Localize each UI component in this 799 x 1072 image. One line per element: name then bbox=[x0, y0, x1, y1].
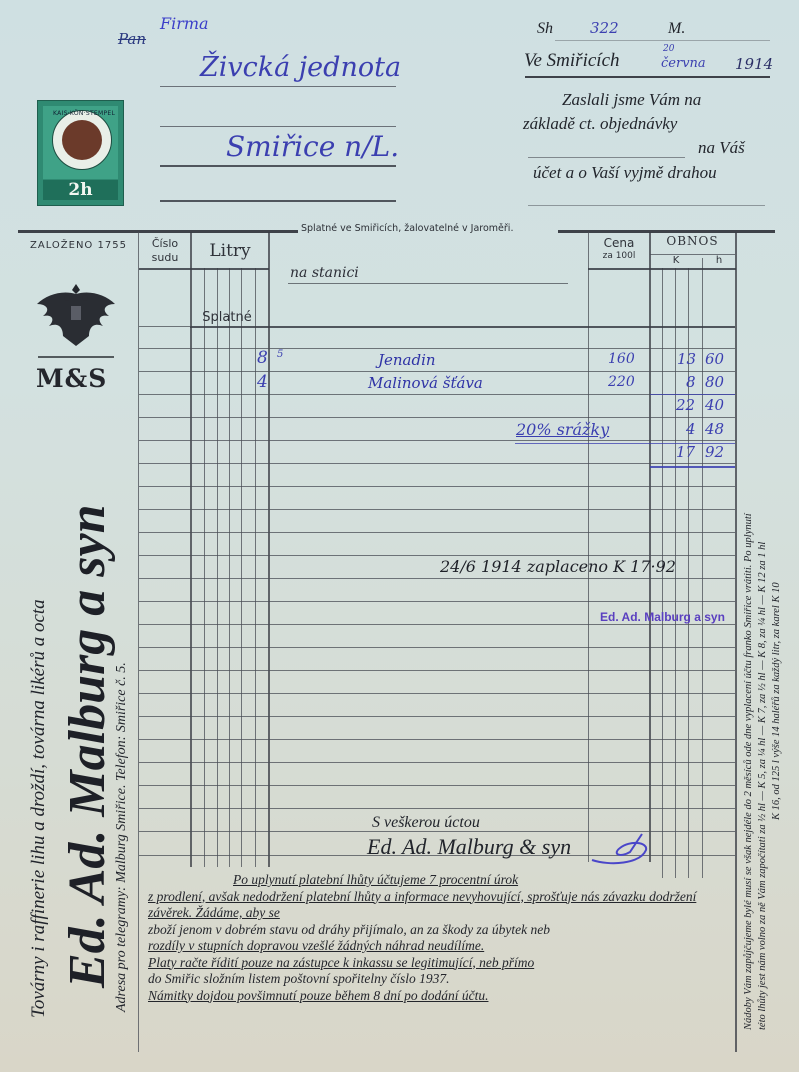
stamp-medallion: KAIS·KÖN·STEMPEL bbox=[52, 110, 112, 170]
side-note-3: K 16, od 125 l výše 14 haléřů za každý l… bbox=[771, 582, 782, 820]
letterhead-company: Ed. Ad. Malburg a syn bbox=[58, 504, 117, 988]
litry-sub-5 bbox=[255, 268, 256, 867]
payment-note: 24/6 1914 zaplaceno K 17·92 bbox=[440, 557, 676, 576]
header-amount: OBNOS bbox=[650, 234, 735, 248]
row2-k: 8 bbox=[686, 373, 696, 391]
header-price-1: Cena bbox=[589, 236, 649, 250]
footer-term-2: z prodlení, avšak nedodržení platební lh… bbox=[148, 889, 718, 922]
notice-line-3: na Váš bbox=[698, 138, 745, 158]
double-eagle-icon bbox=[33, 280, 119, 352]
stamp-value: 2h bbox=[38, 180, 123, 200]
notice-blank-line bbox=[528, 157, 685, 158]
notice-line-1: Zaslali jsme Vám na bbox=[562, 90, 701, 110]
notice-line-2: základě ct. objednávky bbox=[523, 114, 677, 134]
address-line-1 bbox=[160, 86, 396, 87]
litry-sub-4 bbox=[241, 268, 242, 867]
recipient-label-handwritten: Firma bbox=[160, 14, 209, 33]
payment-terms-banner: Splatné ve Smiřicích, žalovatelné v Jaro… bbox=[301, 223, 513, 234]
notice-line-4: účet a o Vaší vyjmě drahou bbox=[533, 163, 717, 183]
footer-term-7: Námitky dojdou povšimnutí pouze během 8 … bbox=[148, 988, 718, 1005]
portrait-icon bbox=[62, 120, 102, 160]
date-year: 1914 bbox=[735, 55, 773, 73]
table-top-rule-right bbox=[558, 230, 775, 233]
signature-scribble-icon bbox=[590, 830, 650, 870]
monogram-logo: M&S bbox=[36, 364, 107, 393]
header-payable: Splatné bbox=[192, 310, 262, 325]
footer-term-4: rozdíly v stupních dopravou vzešlé žádný… bbox=[148, 938, 718, 955]
address-line-3 bbox=[160, 165, 396, 167]
ref-line bbox=[555, 40, 770, 41]
row2-price: 220 bbox=[608, 374, 635, 390]
ref-number: 322 bbox=[590, 19, 619, 37]
litry-sub-1 bbox=[204, 268, 205, 867]
litry-sub-2 bbox=[217, 268, 218, 867]
subtotal-k: 22 bbox=[676, 396, 695, 414]
header-cask-no-1: Číslo bbox=[140, 237, 190, 250]
footer-term-1: Po uplynutí platební lhůty účtujeme 7 pr… bbox=[148, 872, 718, 889]
litry-sub-3 bbox=[229, 268, 230, 867]
subtotal-rule bbox=[650, 394, 735, 395]
header-price-2: za 100l bbox=[589, 251, 649, 261]
row1-k: 13 bbox=[677, 350, 696, 368]
header-liters: Litry bbox=[192, 241, 268, 261]
side-note-2: této lhůty jest nám volno za ně Vám zapo… bbox=[757, 542, 768, 1030]
total-h: 92 bbox=[705, 443, 724, 461]
founded-label: ZALOŽENO 1755 bbox=[30, 240, 127, 251]
total-double-rule bbox=[650, 466, 735, 468]
discount-h: 48 bbox=[705, 420, 724, 438]
payable-rule bbox=[190, 326, 735, 328]
row1-liters: 8 bbox=[257, 348, 268, 368]
delivery-note-line bbox=[288, 283, 568, 284]
row2-h: 80 bbox=[705, 373, 724, 391]
logo-rule bbox=[38, 356, 114, 358]
header-bottom-right bbox=[588, 268, 736, 270]
total-k: 17 bbox=[676, 443, 695, 461]
stamp-ring-text: KAIS·KÖN·STEMPEL bbox=[53, 110, 111, 117]
header-crowns: K bbox=[650, 255, 702, 266]
footer-term-5: Platy račte řídití pouze na zástupce k i… bbox=[148, 955, 718, 972]
header-heller: h bbox=[703, 255, 735, 266]
letterhead-address: Adresa pro telegramy: Malburg Smiřice. T… bbox=[114, 662, 130, 1012]
notice-bottom-line bbox=[528, 205, 765, 206]
row1-price: 160 bbox=[608, 351, 635, 367]
recipient-name: Živcká jednota bbox=[200, 52, 401, 83]
header-bottom-left bbox=[139, 268, 269, 270]
row1-h: 60 bbox=[705, 350, 724, 368]
table-left-border bbox=[138, 232, 139, 1052]
letterhead-tagline: Továrny i raffinerie lihu a droždí, tová… bbox=[28, 599, 50, 1018]
ref-prefix: Sh bbox=[537, 20, 553, 38]
footer-term-3: zboží jenom v dobrém stavu od dráhy přij… bbox=[148, 922, 718, 939]
row1-item: Jenadin bbox=[378, 351, 436, 369]
discount-label: 20% srážky bbox=[516, 420, 609, 439]
row1-liters-frac: 5 bbox=[277, 349, 283, 360]
footer-term-6: do Smiřic složním listem poštovní spořit… bbox=[148, 971, 718, 988]
date-month: června bbox=[661, 56, 706, 71]
address-line-4 bbox=[160, 200, 396, 202]
discount-k: 4 bbox=[686, 420, 696, 438]
delivery-note: na stanici bbox=[290, 265, 359, 281]
subtotal-h: 40 bbox=[705, 396, 724, 414]
signature-closing: S veškerou úctou bbox=[372, 814, 480, 832]
row2-liters: 4 bbox=[257, 372, 268, 392]
recipient-town: Smiřice n/L. bbox=[226, 130, 399, 163]
company-stamp: Ed. Ad. Malburg a syn bbox=[600, 610, 725, 624]
recipient-label-struck: Pan bbox=[118, 30, 146, 48]
revenue-stamp: KAIS·KÖN·STEMPEL 2h bbox=[37, 100, 124, 206]
signature-company: Ed. Ad. Malburg & syn bbox=[367, 834, 571, 860]
footer-terms: Po uplynutí platební lhůty účtujeme 7 pr… bbox=[148, 872, 718, 1004]
stamp-field: KAIS·KÖN·STEMPEL bbox=[43, 106, 118, 179]
discount-rule bbox=[515, 443, 735, 444]
ref-suffix: M. bbox=[668, 20, 685, 38]
table-right-border bbox=[735, 232, 737, 1052]
table-top-rule-left bbox=[18, 230, 298, 233]
side-note-1: Nádoby Vám zapůjčujeme bylé musí se však… bbox=[743, 513, 754, 1030]
header-cask-no-2: sudu bbox=[140, 251, 190, 264]
row2-item: Malinová šťáva bbox=[368, 374, 483, 392]
place-printed: Ve Smiřicích bbox=[524, 50, 620, 72]
date-day: 20 bbox=[663, 44, 674, 54]
date-underline bbox=[525, 76, 770, 78]
address-line-2 bbox=[160, 126, 396, 127]
